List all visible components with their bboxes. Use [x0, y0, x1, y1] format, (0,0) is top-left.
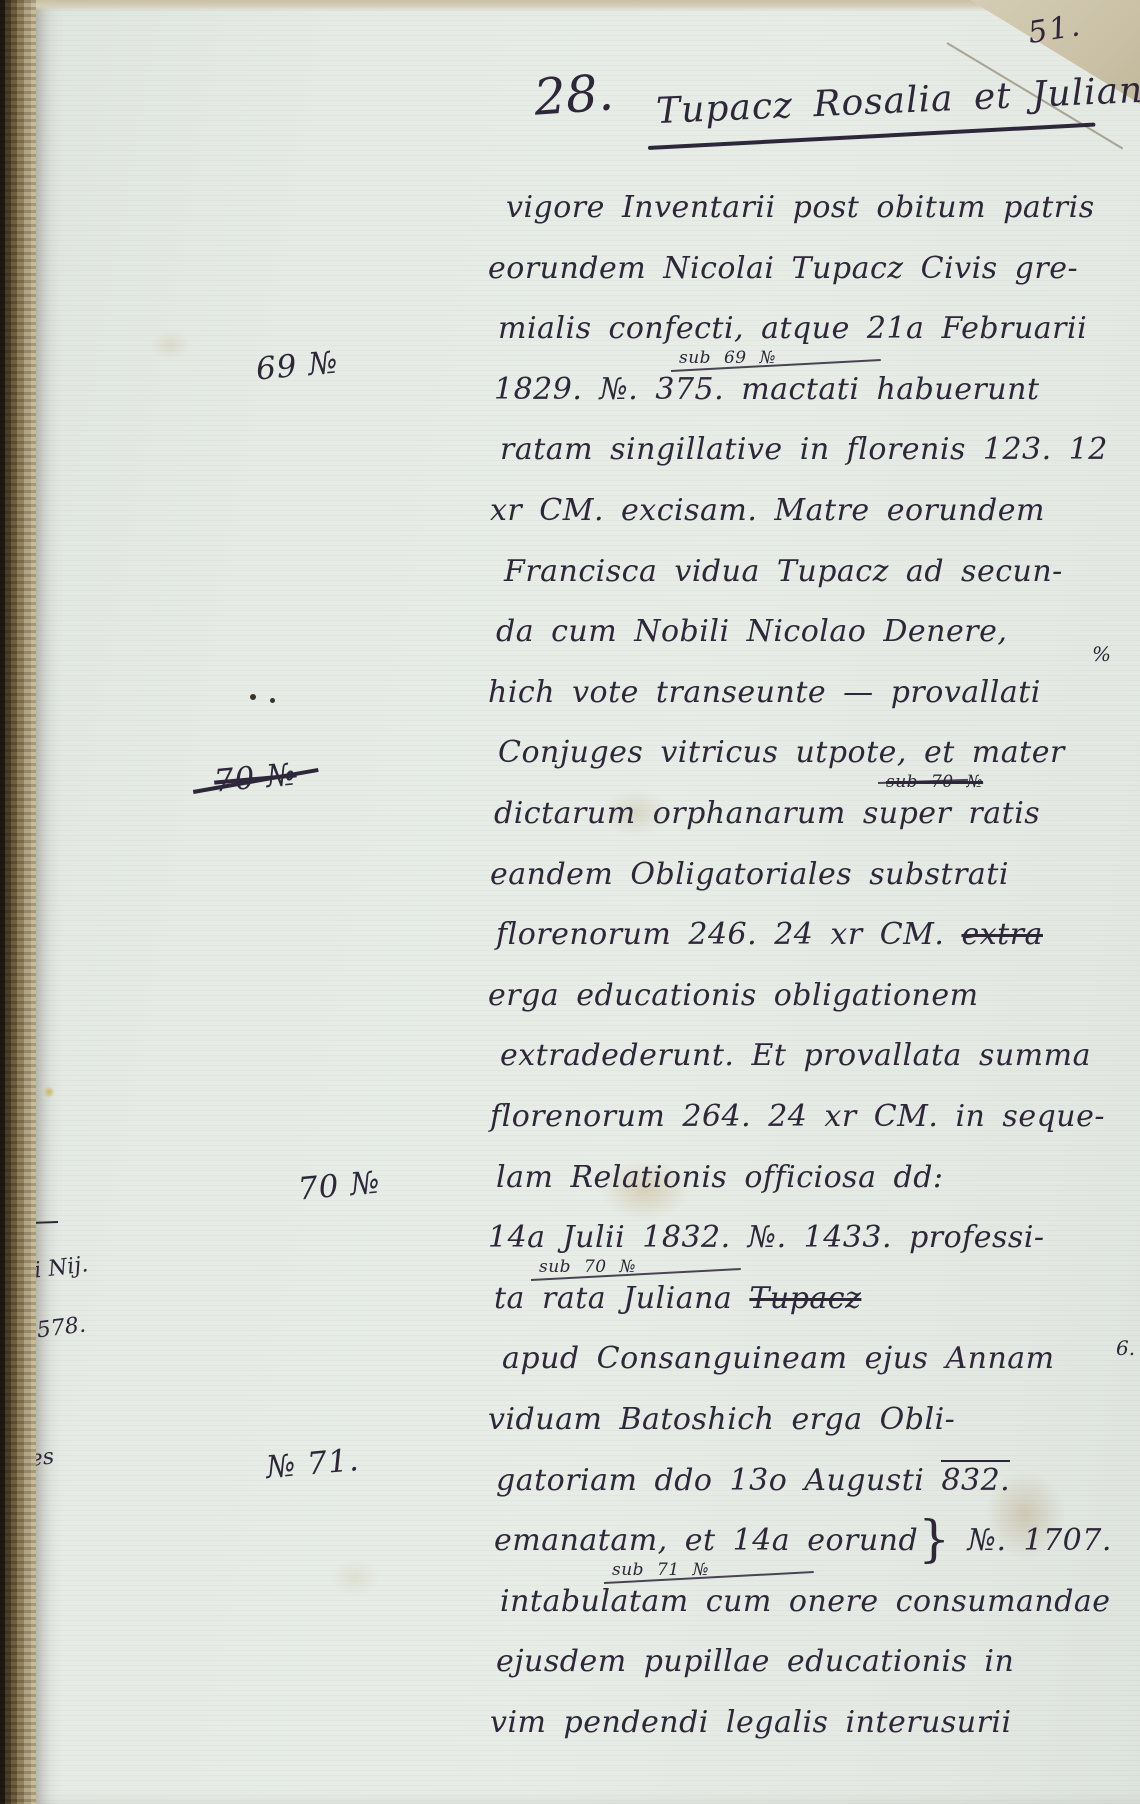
line-text: ta rata Juliana — [494, 1281, 749, 1316]
handwriting-line: da cum Nobili Nicolao Denere, — [496, 614, 1007, 656]
line-text: florenorum 246. 24 xr CM. — [496, 917, 961, 952]
line-text: erga educationis obligationem — [488, 978, 979, 1013]
line-text: intabulatam cum onere consumandae — [500, 1584, 1111, 1619]
line-text: Conjuges vitricus utpote, et mater — [498, 735, 1065, 770]
handwriting-line: florenorum 264. 24 xr CM. in seque- — [490, 1099, 1105, 1141]
line-text: 14a Julii 1832. №. 1433. professi- — [488, 1220, 1045, 1255]
line-text: Francisca vidua Tupacz ad secun- — [504, 554, 1063, 589]
line-text: da cum Nobili Nicolao Denere, — [496, 614, 1007, 649]
line-text: lam Relationis officiosa dd: — [496, 1160, 944, 1195]
handwriting-line: mialis confecti, atque 21a Februarii — [498, 311, 1087, 353]
handwriting-line: vim pendendi legalis interusurii — [490, 1705, 1012, 1747]
line-text: florenorum 264. 24 xr CM. in seque- — [490, 1099, 1105, 1134]
handwriting-line: extradederunt. Et provallata summa — [500, 1038, 1091, 1080]
handwriting-line: xr CM. excisam. Matre eorundem — [490, 493, 1045, 535]
handwriting-line: viduam Batoshich erga Obli- — [488, 1402, 955, 1444]
entry-number: 28. — [532, 63, 615, 126]
line-text: hich vote transeunte — provallati — [488, 675, 1041, 710]
interlinear-note: sub 71 № — [612, 1560, 709, 1580]
line-text: eandem Obligatoriales substrati — [490, 857, 1009, 892]
handwriting-line: intabulatam cum onere consumandaesub 71 … — [500, 1584, 1111, 1626]
handwriting-line: Francisca vidua Tupacz ad secun- — [504, 554, 1063, 596]
handwriting-line: erga educationis obligationem — [488, 978, 979, 1020]
line-text: vigore Inventarii post obitum patris — [506, 190, 1095, 225]
margin-note: 69 № — [255, 344, 340, 387]
margin-note: 70 № — [297, 1164, 382, 1207]
line-text: ejusdem pupillae educationis in — [496, 1644, 1014, 1679]
handwriting-line: eorundem Nicolai Tupacz Civis gre- — [488, 251, 1078, 293]
handwriting-line: eandem Obligatoriales substrati — [490, 857, 1009, 899]
margin-mark: % — [1092, 642, 1111, 666]
line-text: gatoriam ddo 13o Augusti — [496, 1463, 941, 1498]
handwriting-line: dictarum orphanarum super ratissub 70 № — [494, 796, 1040, 838]
line-text: emanatam, et 14a eorund — [494, 1523, 918, 1558]
handwriting-line: emanatam, et 14a eorund} №. 1707. — [494, 1523, 1112, 1565]
interlinear-note: sub 70 № — [886, 772, 983, 792]
handwriting-line: gatoriam ddo 13o Augusti 832. — [496, 1463, 1010, 1505]
handwriting-line: apud Consanguineam ejus Annam — [502, 1341, 1055, 1383]
margin-mark: 6. — [1116, 1336, 1135, 1360]
handwriting-line: 1829. №. 375. mactati habueruntsub 69 № — [494, 372, 1040, 414]
margin-note: 70 № — [213, 756, 298, 799]
handwriting-line: hich vote transeunte — provallati — [488, 675, 1041, 717]
handwriting-line: florenorum 246. 24 xr CM. extra — [496, 917, 1043, 959]
line-text: dictarum orphanarum super ratis — [494, 796, 1040, 831]
handwriting-line: ratam singillative in florenis 123. 12 — [500, 432, 1108, 474]
line-text: viduam Batoshich erga Obli- — [488, 1402, 955, 1437]
line-text: vim pendendi legalis interusurii — [490, 1705, 1012, 1740]
book-binding-edge — [0, 0, 36, 1804]
line-text: ratam singillative in florenis 123. 12 — [500, 432, 1108, 467]
interlinear-note: sub 70 № — [539, 1257, 636, 1277]
handwriting-line: ejusdem pupillae educationis in — [496, 1644, 1014, 1686]
line-text: apud Consanguineam ejus Annam — [502, 1341, 1055, 1376]
line-text: xr CM. excisam. Matre eorundem — [490, 493, 1045, 528]
page-top-edge — [0, 0, 1140, 11]
line-text: } — [918, 1510, 950, 1568]
handwriting-line: lam Relationis officiosa dd: — [496, 1160, 944, 1202]
struck-text: Tupacz — [749, 1281, 861, 1316]
line-text: 1829. №. 375. mactati habuerunt — [494, 372, 1040, 407]
handwriting-line: vigore Inventarii post obitum patris — [506, 190, 1095, 232]
line-text: eorundem Nicolai Tupacz Civis gre- — [488, 251, 1078, 286]
line-text: extradederunt. Et provallata summa — [500, 1038, 1091, 1073]
line-text: 832. — [941, 1460, 1010, 1498]
handwriting-line: ta rata Juliana Tupaczsub 70 № — [494, 1281, 861, 1323]
interlinear-note: sub 69 № — [679, 348, 776, 368]
line-text: mialis confecti, atque 21a Februarii — [498, 311, 1087, 346]
line-text: №. 1707. — [951, 1523, 1112, 1558]
manuscript-scan: { "page": { "number": "51.", "entry_numb… — [0, 0, 1140, 1804]
struck-text: extra — [961, 917, 1042, 952]
